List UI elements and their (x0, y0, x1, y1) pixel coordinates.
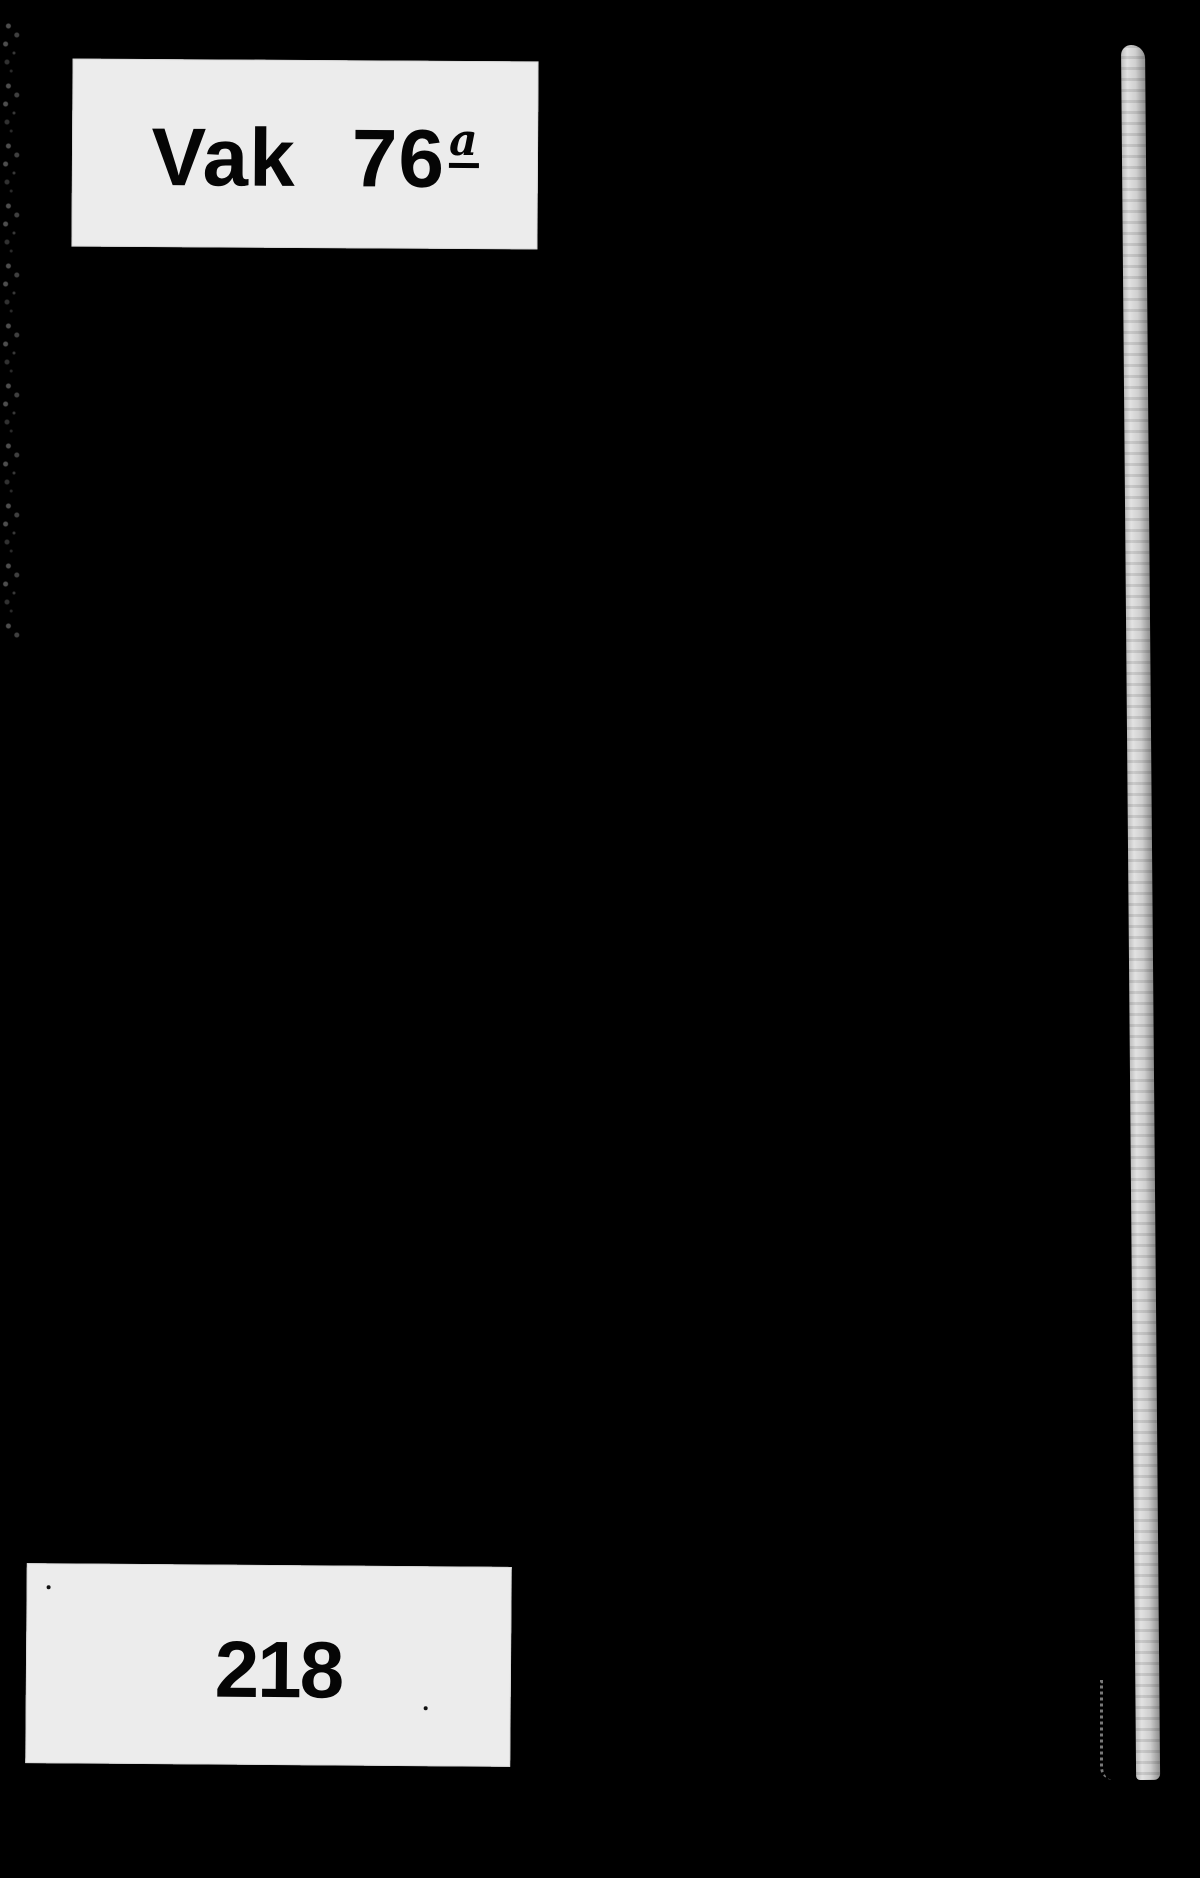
spine-wear-mark (1100, 1680, 1113, 1780)
book-cover: Vak 76 a 218 (0, 0, 1200, 1878)
shelf-label-superscript: a (449, 121, 479, 168)
shelf-label-word: Vak (151, 111, 296, 206)
book-spine-edge (1121, 45, 1160, 1780)
volume-number: 218 (214, 1624, 342, 1717)
worn-edge-texture (0, 20, 28, 640)
volume-number-label: 218 (25, 1563, 512, 1767)
paper-speck (424, 1706, 428, 1710)
shelf-label-text: Vak 76 a (151, 111, 479, 207)
paper-speck (47, 1585, 51, 1589)
shelf-label: Vak 76 a (71, 59, 538, 250)
shelf-label-number: 76 (352, 112, 446, 207)
